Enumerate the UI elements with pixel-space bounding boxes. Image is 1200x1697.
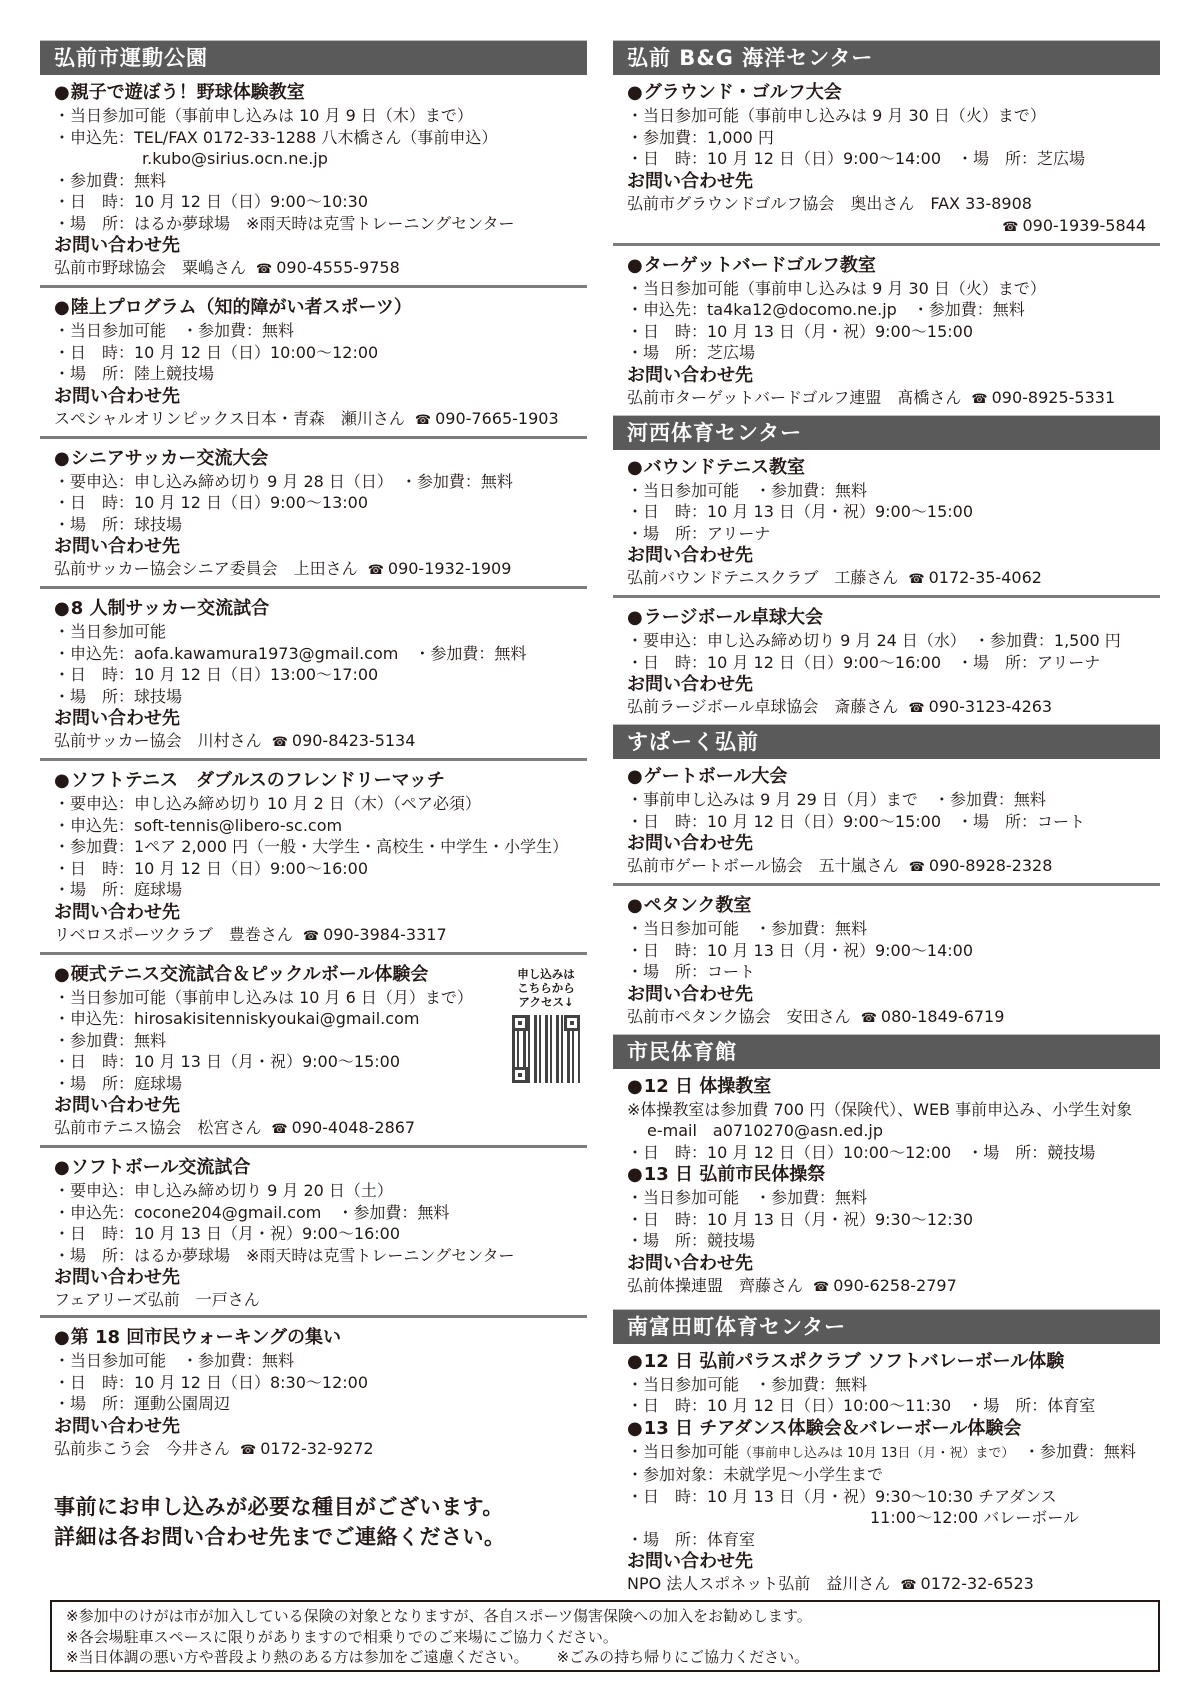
event-petanque: ペタンク教室 ・当日参加可能 ・参加費：無料 ・日 時：10 月 13 日（月・… (613, 892, 1160, 1034)
event-line: ・日 時：10 月 12 日（日）10:00〜11:30 ・場 所：体育室 (627, 1395, 1146, 1417)
qr-caption: こちらから (509, 981, 583, 995)
contact-phone: 090-7665-1903 (435, 409, 559, 428)
event-line: ・日 時：10 月 12 日（日）9:00〜16:00 (54, 858, 573, 880)
event-line: ・場 所：運動公園周辺 (54, 1393, 573, 1415)
venue-header: 南富田町体育センター (613, 1309, 1160, 1344)
venue-header: 河西体育センター (613, 415, 1160, 450)
event-title: 13 日 チアダンス体験会＆バレーボール体験会 (627, 1417, 1146, 1441)
event-title: ターゲットバードゴルフ教室 (627, 254, 1146, 278)
event-line-part: ・参加費：無料 (1008, 1442, 1136, 1461)
contact: 弘前歩こう会 今井さん☎0172-32-9272 (54, 1438, 573, 1462)
event-title: 8 人制サッカー交流試合 (54, 597, 573, 621)
event-title: ペタンク教室 (627, 894, 1146, 918)
qr-caption: 申し込みは (509, 967, 583, 981)
event-target-bird-golf: ターゲットバードゴルフ教室 ・当日参加可能（事前申し込みは 9 月 30 日（火… (613, 252, 1160, 415)
contact-label: お問い合わせ先 (627, 364, 1146, 387)
contact: 弘前サッカー協会シニア委員会 上田さん☎090-1932-1909 (54, 558, 573, 582)
event-line: ・当日参加可能（事前申し込みは 9 月 30 日（火）まで） (627, 105, 1146, 127)
contact: 弘前サッカー協会 川村さん☎090-8423-5134 (54, 730, 573, 754)
qr-finder (512, 1067, 528, 1083)
contact-org: スペシャルオリンピックス日本・青森 瀬川さん (54, 409, 405, 428)
event-line: ・参加費：無料 (54, 1030, 573, 1052)
venue-header: 弘前市運動公園 (40, 40, 587, 75)
contact-org: 弘前バウンドテニスクラブ 工藤さん (627, 568, 898, 587)
event-line: ・当日参加可能 ・参加費：無料 (627, 1187, 1146, 1209)
event-line: ・当日参加可能 ・参加費：無料 (54, 320, 573, 342)
phone-icon: ☎ (1002, 217, 1018, 239)
notice-line: 事前にお申し込みが必要な種目がございます。 (54, 1492, 587, 1522)
event-line: ・日 時：10 月 13 日（月・祝）9:00〜15:00 (627, 501, 1146, 523)
event-line: ・日 時：10 月 13 日（月・祝）9:00〜14:00 (627, 940, 1146, 962)
event-line: ・場 所：競技場 (627, 1230, 1146, 1252)
phone-icon: ☎ (813, 1277, 829, 1299)
event-senior-soccer: シニアサッカー交流大会 ・要申込：申し込み締め切り 9 月 28 日（日） ・参… (40, 445, 587, 590)
event-line: ・当日参加可能 ・参加費：無料 (54, 1350, 573, 1372)
contact-label: お問い合わせ先 (54, 707, 573, 730)
contact-phone: 090-6258-2797 (833, 1276, 957, 1295)
event-line: ・日 時：10 月 12 日（日）13:00〜17:00 (54, 664, 573, 686)
event-line: ・場 所：はるか夢球場 ※雨天時は克雪トレーニングセンター (54, 1245, 573, 1267)
contact-org: 弘前体操連盟 齊藤さん (627, 1276, 803, 1295)
footer-line: ※各会場駐車スペースに限りがありますので相乗りでのご来場にご協力ください。 (66, 1627, 1144, 1648)
event-line: ・当日参加可能 ・参加費：無料 (627, 918, 1146, 940)
event-line: 11:00〜12:00 バレーボール (627, 1507, 1146, 1529)
venue-header: すぱーく弘前 (613, 724, 1160, 759)
phone-icon: ☎ (415, 410, 431, 432)
contact-phone: 080-1849-6719 (881, 1007, 1005, 1026)
contact-org: 弘前歩こう会 今井さん (54, 1439, 230, 1458)
phone-icon: ☎ (303, 926, 319, 948)
contact-phone: 090-4555-9758 (276, 258, 400, 277)
contact-label: お問い合わせ先 (627, 1550, 1146, 1573)
contact-org: 弘前サッカー協会シニア委員会 上田さん (54, 559, 358, 578)
contact-phone: 0172-32-6523 (921, 1574, 1034, 1593)
qr-finder (512, 1015, 528, 1031)
contact-org: 弘前ラージボール卓球協会 斎藤さん (627, 697, 898, 716)
footer-notes: ※参加中のけがは市が加入している保険の対象となりますが、各自スポーツ傷害保険への… (50, 1600, 1160, 1672)
event-line: ・申込先：cocone204@gmail.com ・参加費：無料 (54, 1202, 573, 1224)
footer-line: ※参加中のけがは市が加入している保険の対象となりますが、各自スポーツ傷害保険への… (66, 1606, 1144, 1627)
event-line-note: （事前申し込みは 10月 13日（月・祝）まで） (739, 1446, 1008, 1461)
event-line: ・場 所：はるか夢球場 ※雨天時は克雪トレーニングセンター (54, 213, 573, 235)
contact-org: 弘前市グラウンドゴルフ協会 奥出さん FAX 33-8908 (627, 193, 1146, 215)
contact: 弘前バウンドテニスクラブ 工藤さん☎0172-35-4062 (627, 567, 1146, 591)
event-line: ・日 時：10 月 13 日（月・祝）9:00〜15:00 (627, 321, 1146, 343)
contact-phone: 090-3984-3317 (323, 925, 447, 944)
event-title: 12 日 体操教室 (627, 1075, 1146, 1099)
event-title: 第 18 回市民ウォーキングの集い (54, 1326, 573, 1350)
contact-phone: 090-8423-5134 (292, 731, 416, 750)
event-tennis-pickleball: 硬式テニス交流試合＆ピックルボール体験会 ・当日参加可能（事前申し込みは 10 … (40, 961, 587, 1149)
event-title: ラージボール卓球大会 (627, 606, 1146, 630)
contact-label: お問い合わせ先 (627, 544, 1146, 567)
event-title: 硬式テニス交流試合＆ピックルボール体験会 (54, 963, 573, 987)
contact: 弘前市テニス協会 松宮さん☎090-4048-2867 (54, 1117, 573, 1141)
left-column: 弘前市運動公園 親子で遊ぼう！野球体験教室 ・当日参加可能（事前申し込みは 10… (40, 40, 587, 1552)
phone-icon: ☎ (900, 1575, 916, 1597)
phone-icon: ☎ (971, 389, 987, 411)
email-link[interactable]: r.kubo@sirius.ocn.ne.jp (54, 148, 573, 170)
event-line: ・日 時：10 月 12 日（日）9:00〜13:00 (54, 492, 573, 514)
event-line: ・当日参加可能 ・参加費：無料 (627, 1374, 1146, 1396)
event-line: ・場 所：コート (627, 961, 1146, 983)
event-line: ・参加対象：未就学児〜小学生まで (627, 1464, 1146, 1486)
event-line: ・日 時：10 月 12 日（日）9:00〜10:30 (54, 191, 573, 213)
contact-org: 弘前市ターゲットバードゴルフ連盟 髙橋さん (627, 388, 961, 407)
footer-line-part: ※ごみの持ち帰りにご協力ください。 (557, 1648, 810, 1666)
event-ground-golf: グラウンド・ゴルフ大会 ・当日参加可能（事前申し込みは 9 月 30 日（火）ま… (613, 79, 1160, 246)
contact-org: 弘前サッカー協会 川村さん (54, 731, 262, 750)
event-line: ・場 所：陸上競技場 (54, 363, 573, 385)
contact-label: お問い合わせ先 (54, 234, 573, 257)
contact: リベロスポーツクラブ 豊巻さん☎090-3984-3317 (54, 924, 573, 948)
qr-access: 申し込みは こちらから アクセス↓ (509, 967, 583, 1083)
phone-icon: ☎ (908, 569, 924, 591)
contact: スペシャルオリンピックス日本・青森 瀬川さん☎090-7665-1903 (54, 408, 573, 432)
contact-label: お問い合わせ先 (54, 1415, 573, 1438)
phone-icon: ☎ (861, 1008, 877, 1030)
venue-header: 弘前 B&G 海洋センター (613, 40, 1160, 75)
event-line: ・日 時：10 月 13 日（月・祝）9:30〜10:30 チアダンス (627, 1486, 1146, 1508)
contact-phone: 090-4048-2867 (292, 1118, 416, 1137)
phone-icon: ☎ (909, 857, 925, 879)
right-column: 弘前 B&G 海洋センター グラウンド・ゴルフ大会 ・当日参加可能（事前申し込み… (613, 40, 1160, 1601)
event-line: ・要申込：申し込み締め切り 9 月 24 日（水） ・参加費：1,500 円 (627, 630, 1146, 652)
qr-caption: アクセス↓ (509, 995, 583, 1009)
event-softball: ソフトボール交流試合 ・要申込：申し込み締め切り 9 月 20 日（土） ・申込… (40, 1154, 587, 1318)
event-line: ※体操教室は参加費 700 円（保険代）、WEB 事前申込み、小学生対象 (627, 1099, 1146, 1121)
event-line: ・当日参加可能（事前申し込みは 9 月 30 日（火）まで） (627, 278, 1146, 300)
contact-org: 弘前市野球協会 粟嶋さん (54, 258, 246, 277)
event-line: ・当日参加可能 (54, 621, 573, 643)
contact-org: リベロスポーツクラブ 豊巻さん (54, 925, 293, 944)
event-line: ・場 所：芝広場 (627, 342, 1146, 364)
contact: NPO 法人スポネット弘前 益川さん☎0172-32-6523 (627, 1573, 1146, 1597)
event-line: ・申込先：ta4ka12@docomo.ne.jp ・参加費：無料 (627, 299, 1146, 321)
event-gymnastics: 12 日 体操教室 ※体操教室は参加費 700 円（保険代）、WEB 事前申込み… (613, 1073, 1160, 1303)
event-line: ・申込先：soft-tennis@libero-sc.com (54, 815, 573, 837)
event-line: ・日 時：10 月 12 日（日）9:00〜16:00 ・場 所：アリーナ (627, 652, 1146, 674)
event-line: ・日 時：10 月 13 日（月・祝）9:00〜16:00 (54, 1223, 573, 1245)
event-line: ・当日参加可能（事前申し込みは 10 月 9 日（木）まで） (54, 105, 573, 127)
contact-org: 弘前市ペタンク協会 安田さん (627, 1007, 851, 1026)
email-link[interactable]: e-mail a0710270@asn.ed.jp (627, 1120, 1146, 1142)
contact-phone: 0172-32-9272 (260, 1439, 373, 1458)
contact-phone: 090-3123-4263 (929, 697, 1053, 716)
contact: 弘前ラージボール卓球協会 斎藤さん☎090-3123-4263 (627, 696, 1146, 720)
footer-line: ※当日体調の悪い方や普段より熱のある方は参加をご遠慮ください。※ごみの持ち帰りに… (66, 1647, 1144, 1668)
registration-notice: 事前にお申し込みが必要な種目がございます。 詳細は各お問い合わせ先までご連絡くだ… (40, 1492, 587, 1552)
event-line: ・場 所：庭球場 (54, 879, 573, 901)
contact-org: 弘前市ゲートボール協会 五十嵐さん (627, 856, 899, 875)
event-line: ・申込先：aofa.kawamura1973@gmail.com ・参加費：無料 (54, 643, 573, 665)
event-line: ・当日参加可能（事前申し込みは 10 月 6 日（月）まで） (54, 987, 573, 1009)
contact-phone: 090-8928-2328 (929, 856, 1053, 875)
contact-org: 弘前市テニス協会 松宮さん (54, 1118, 261, 1137)
event-walking: 第 18 回市民ウォーキングの集い ・当日参加可能 ・参加費：無料 ・日 時：1… (40, 1324, 587, 1466)
qr-finder (564, 1015, 580, 1031)
venue-header: 市民体育館 (613, 1034, 1160, 1069)
event-bound-tennis: バウンドテニス教室 ・当日参加可能 ・参加費：無料 ・日 時：10 月 13 日… (613, 454, 1160, 599)
contact-label: お問い合わせ先 (54, 1266, 573, 1289)
event-line: ・場 所：球技場 (54, 514, 573, 536)
event-line: ・参加費：1,000 円 (627, 127, 1146, 149)
contact-org: NPO 法人スポネット弘前 益川さん (627, 1574, 890, 1593)
event-soft-tennis: ソフトテニス ダブルスのフレンドリーマッチ ・要申込：申し込み締め切り 10 月… (40, 767, 587, 955)
contact-label: お問い合わせ先 (627, 832, 1146, 855)
event-title: 13 日 弘前市民体操祭 (627, 1163, 1146, 1187)
event-line: ・要申込：申し込み締め切り 10 月 2 日（木）（ペア必須） (54, 793, 573, 815)
event-baseball: 親子で遊ぼう！野球体験教室 ・当日参加可能（事前申し込みは 10 月 9 日（木… (40, 79, 587, 288)
contact-org: フェアリーズ弘前 一戸さん (54, 1290, 260, 1309)
event-line: ・日 時：10 月 12 日（日）10:00〜12:00 ・場 所：競技場 (627, 1142, 1146, 1164)
contact-label: お問い合わせ先 (627, 170, 1146, 193)
contact-label: お問い合わせ先 (54, 901, 573, 924)
event-line: ・日 時：10 月 12 日（日）9:00〜15:00 ・場 所：コート (627, 811, 1146, 833)
event-line: ・日 時：10 月 12 日（日）9:00〜14:00 ・場 所：芝広場 (627, 148, 1146, 170)
contact-phone: 090-1939-5844 (1022, 216, 1146, 235)
event-line: ・日 時：10 月 13 日（月・祝）9:30〜12:30 (627, 1209, 1146, 1231)
event-title: ゲートボール大会 (627, 765, 1146, 789)
event-line: ・参加費：1ペア 2,000 円（一般・大学生・高校生・中学生・小学生） (54, 836, 573, 858)
event-line: ・事前申し込みは 9 月 29 日（月）まで ・参加費：無料 (627, 789, 1146, 811)
phone-icon: ☎ (368, 560, 384, 582)
contact: 弘前体操連盟 齊藤さん☎090-6258-2797 (627, 1275, 1146, 1299)
event-line: ・申込先：hirosakisitenniskyoukai@gmail.com (54, 1008, 573, 1030)
contact-label: お問い合わせ先 (54, 535, 573, 558)
contact-phone: 0172-35-4062 (929, 568, 1042, 587)
phone-icon: ☎ (908, 698, 924, 720)
contact: 弘前市ゲートボール協会 五十嵐さん☎090-8928-2328 (627, 855, 1146, 879)
event-title: 親子で遊ぼう！野球体験教室 (54, 81, 573, 105)
event-title: シニアサッカー交流大会 (54, 447, 573, 471)
event-line: ・場 所：体育室 (627, 1529, 1146, 1551)
qr-code-icon[interactable] (512, 1015, 580, 1083)
event-line: ・日 時：10 月 12 日（日）8:30〜12:00 (54, 1372, 573, 1394)
contact-label: お問い合わせ先 (54, 1094, 573, 1117)
event-line: ・当日参加可能（事前申し込みは 10月 13日（月・祝）まで） ・参加費：無料 (627, 1441, 1146, 1465)
contact-phone: 090-8925-5331 (992, 388, 1116, 407)
event-line: ・場 所：球技場 (54, 686, 573, 708)
event-line: ・申込先：TEL/FAX 0172-33-1288 八木橋さん（事前申込） (54, 127, 573, 149)
event-gateball: ゲートボール大会 ・事前申し込みは 9 月 29 日（月）まで ・参加費：無料 … (613, 763, 1160, 886)
event-title: ソフトテニス ダブルスのフレンドリーマッチ (54, 769, 573, 793)
contact: フェアリーズ弘前 一戸さん (54, 1289, 573, 1311)
event-line: ・参加費：無料 (54, 170, 573, 192)
notice-line: 詳細は各お問い合わせ先までご連絡ください。 (54, 1522, 587, 1552)
contact: ☎090-1939-5844 (627, 215, 1146, 239)
contact-label: お問い合わせ先 (627, 673, 1146, 696)
event-title: 陸上プログラム（知的障がい者スポーツ） (54, 296, 573, 320)
event-title: ソフトボール交流試合 (54, 1156, 573, 1180)
contact-phone: 090-1932-1909 (388, 559, 512, 578)
event-line: ・日 時：10 月 13 日（月・祝）9:00〜15:00 (54, 1051, 573, 1073)
footer-line-part: ※当日体調の悪い方や普段より熱のある方は参加をご遠慮ください。 (66, 1648, 529, 1666)
event-line-part: ・当日参加可能 (627, 1442, 739, 1461)
event-athletics: 陸上プログラム（知的障がい者スポーツ） ・当日参加可能 ・参加費：無料 ・日 時… (40, 294, 587, 439)
contact-label: お問い合わせ先 (627, 1252, 1146, 1275)
contact-label: お問い合わせ先 (54, 385, 573, 408)
event-line: ・場 所：アリーナ (627, 523, 1146, 545)
event-large-ball-table-tennis: ラージボール卓球大会 ・要申込：申し込み締め切り 9 月 24 日（水） ・参加… (613, 604, 1160, 724)
event-title: バウンドテニス教室 (627, 456, 1146, 480)
event-minamitomita: 12 日 弘前パラスポクラブ ソフトバレーボール体験 ・当日参加可能 ・参加費：… (613, 1348, 1160, 1602)
phone-icon: ☎ (256, 259, 272, 281)
phone-icon: ☎ (272, 732, 288, 754)
contact: 弘前市ペタンク協会 安田さん☎080-1849-6719 (627, 1006, 1146, 1030)
event-8-player-soccer: 8 人制サッカー交流試合 ・当日参加可能 ・申込先：aofa.kawamura1… (40, 595, 587, 761)
event-title: グラウンド・ゴルフ大会 (627, 81, 1146, 105)
event-line: ・日 時：10 月 12 日（日）10:00〜12:00 (54, 342, 573, 364)
contact-label: お問い合わせ先 (627, 983, 1146, 1006)
event-line: ・場 所：庭球場 (54, 1073, 573, 1095)
contact: 弘前市野球協会 粟嶋さん☎090-4555-9758 (54, 257, 573, 281)
event-line: ・要申込：申し込み締め切り 9 月 28 日（日） ・参加費：無料 (54, 471, 573, 493)
event-line: ・要申込：申し込み締め切り 9 月 20 日（土） (54, 1180, 573, 1202)
event-title: 12 日 弘前パラスポクラブ ソフトバレーボール体験 (627, 1350, 1146, 1374)
contact: 弘前市ターゲットバードゴルフ連盟 髙橋さん☎090-8925-5331 (627, 387, 1146, 411)
phone-icon: ☎ (271, 1119, 287, 1141)
event-line: ・当日参加可能 ・参加費：無料 (627, 480, 1146, 502)
phone-icon: ☎ (240, 1440, 256, 1462)
